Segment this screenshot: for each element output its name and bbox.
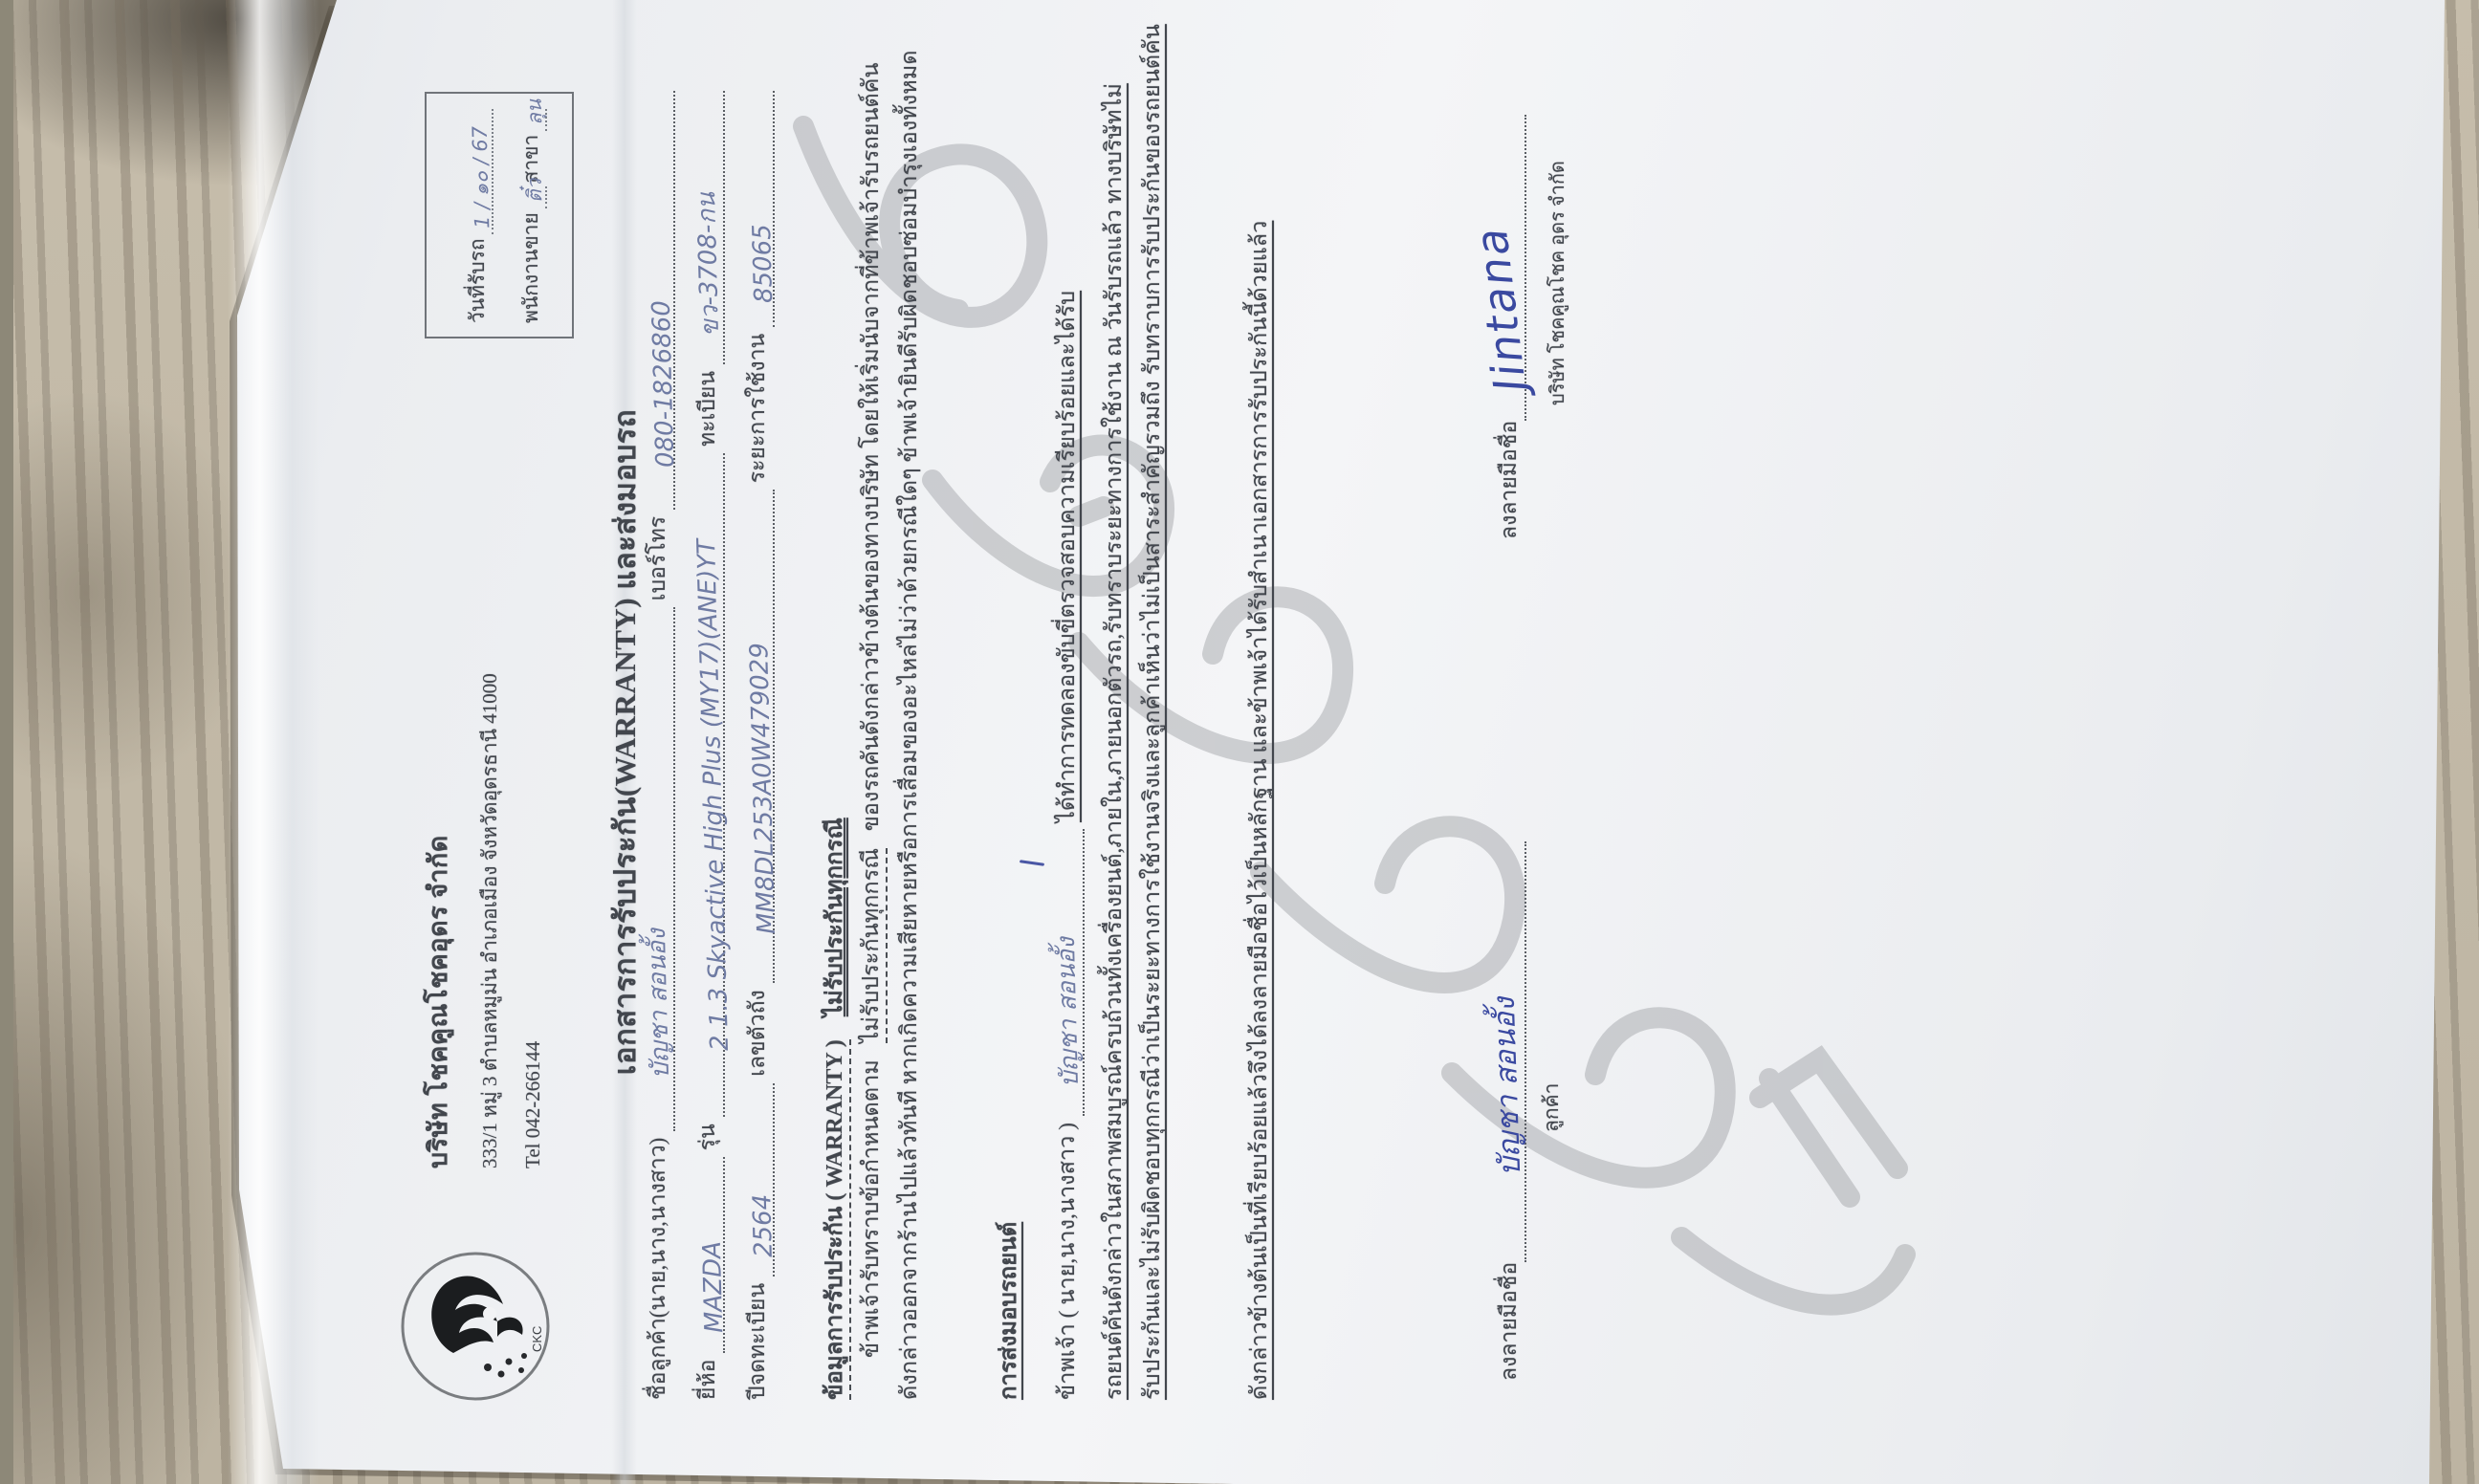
declarant-handwriting: บัญชา สอนอั้ง	[1046, 937, 1089, 1088]
vin-field: MM8DL253A0W479029	[773, 490, 775, 983]
customer-handwriting: บัญชา สอนอั้ง	[637, 928, 680, 1080]
phone-field: 080-1826860	[673, 91, 675, 510]
brand-label: ยี่ห้อ	[691, 1360, 725, 1400]
brand-field: MAZDA	[723, 1157, 725, 1352]
brand-handwriting: MAZDA	[698, 1241, 729, 1334]
ink-showthrough-watermark	[0, 0, 2479, 1484]
photo-of-warranty-document: { "photo": { "surface_base_color": "#c3b…	[0, 0, 2479, 1484]
company-signature-line: Jintana	[1525, 115, 1526, 421]
warranty-heading: ข้อมูลการรับประกัน ( WARRANTY ) ไม่รับปร…	[815, 818, 852, 1400]
receipt-date-field: 1 / ๑๐ / 67	[438, 109, 494, 234]
stray-pen-mark	[1020, 860, 1044, 866]
customer-field: บัญชา สอนอั้ง	[673, 607, 675, 1130]
receipt-date-handwriting: 1 / ๑๐ / 67	[465, 126, 499, 229]
handover-heading: การส่งมอบรถยนต์	[989, 1222, 1026, 1400]
warranty-heading-main: ข้อมูลการรับประกัน ( WARRANTY )	[823, 1039, 851, 1400]
form-row-customer: ชื่อลูกค้า(นาย,นาง,นางสาว) บัญชา สอนอั้ง…	[635, 84, 675, 1400]
declarant-label: ข้าพเจ้า ( นาย,นาง,นางสาว )	[1049, 1123, 1085, 1400]
company-name: บริษัท โชคคูณโชคอุดร จำกัด	[417, 673, 458, 1168]
warranty-paragraph-1: ข้าพเจ้ารับทราบข้อกำหนดตาม ไม่รับประกันท…	[853, 63, 888, 1400]
mileage-label: ระยะการใช้งาน	[740, 334, 775, 483]
company-phone: Tel 042-266144	[521, 673, 545, 1168]
handover-heading-text: การส่งมอบรถยนต์	[997, 1222, 1021, 1400]
handover-paragraph-1: รถยนต์คันดังกล่าวในสภาพสมบูรณ์ครบถ้วนทั้…	[1096, 83, 1131, 1400]
customer-signature-handwriting: บัญชา สอนอั้ง	[1480, 996, 1533, 1177]
handover-paragraph-2: รับประกันและไม่รับผิดชอบทุกกรณีว่าเป็นระ…	[1134, 24, 1170, 1400]
receipt-branch-field: ลุน	[492, 109, 547, 131]
handover-intro-tail: ได้ทำการทดลองขับขี่ตรวจสอบความเรียบร้อยแ…	[1049, 291, 1085, 822]
receipt-staff-handwriting: ติ๋ว	[519, 178, 552, 203]
year-label: ปีจดทะเบียน	[740, 1283, 775, 1400]
company-block: บริษัท โชคคูณโชคอุดร จำกัด 333/1 หมู่ 3 …	[417, 673, 545, 1168]
handover-intro-row: ข้าพเจ้า ( นาย,นาง,นางสาว ) บัญชา สอนอั้…	[1044, 84, 1085, 1400]
phone-label: เบอร์โทร	[641, 516, 675, 601]
phone-handwriting: 080-1826860	[647, 300, 681, 469]
plate-label: ทะเบียน	[691, 371, 725, 447]
receipt-box: วันที่รับรถ 1 / ๑๐ / 67 พนักงานขาย ติ๋ว …	[425, 92, 574, 338]
receipt-date-label: วันที่รับรถ	[462, 238, 494, 323]
declarant-field: บัญชา สอนอั้ง	[1083, 829, 1085, 1116]
plate-handwriting: ขว-3708-กน	[687, 192, 730, 338]
warranty-p1-a: ข้าพเจ้ารับทราบข้อกำหนดตาม	[859, 1059, 884, 1358]
receipt-branch-handwriting: ลุน	[519, 98, 552, 125]
document-page: CKC บริษัท โชคคูณโชคอุดร จำกัด 333/1 หมู…	[0, 0, 2479, 1484]
vin-label: เลขตัวถัง	[740, 990, 775, 1077]
receipt-branch-label: สาขา	[516, 135, 547, 184]
company-signature-label: ลงลายมือชื่อ	[1492, 421, 1526, 539]
customer-signature-label: ลงลายมือชื่อ	[1492, 1262, 1526, 1381]
company-signature-role: บริษัท โชคคูณโชค อุดร จำกัด	[1542, 161, 1572, 405]
warranty-heading-em: ไม่รับประกันทุกกรณี	[823, 818, 847, 1016]
model-field: 2 1.3 Skyactive High Plus (MY17)(ANE)YT	[723, 453, 725, 1117]
stamp-text: CKC	[530, 1326, 544, 1352]
warranty-p1-b: ของรถคันดังกล่าวข้างต้นของทางบริษัท โดยใ…	[859, 63, 884, 832]
company-address: 333/1 หมู่ 3 ตำบลหมูม่น อำเภอเมือง จังหว…	[474, 673, 506, 1168]
form-row-registration: ปีจดทะเบียน 2564 เลขตัวถัง MM8DL253A0W47…	[735, 84, 775, 1400]
company-signature-handwriting: Jintana	[1465, 224, 1537, 394]
form-row-vehicle: ยี่ห้อ MAZDA รุ่น 2 1.3 Skyactive High P…	[685, 84, 725, 1400]
plate-field: ขว-3708-กน	[723, 91, 725, 364]
receipt-staff-field: ติ๋ว	[492, 186, 547, 208]
receipt-staff-label: พนักงานขาย	[516, 212, 547, 323]
company-stamp-icon: CKC	[396, 1247, 555, 1406]
year-field: 2564	[773, 1083, 775, 1277]
handover-paragraph-3: ดังกล่าวข้างต้นเป็นที่เรียบร้อยแล้วจึงได…	[1241, 221, 1277, 1400]
customer-signature-line: บัญชา สอนอั้ง	[1525, 841, 1526, 1262]
warranty-paragraph-2: ดังกล่าวออกจากร้านไปแล้วทันที หากเกิดควา…	[891, 51, 927, 1400]
paper-fold-highlight	[228, 0, 319, 1484]
customer-signature-row: ลงลายมือชื่อ บัญชา สอนอั้ง	[1492, 807, 1526, 1381]
warranty-p1-em: ไม่รับประกันทุกกรณี	[859, 848, 888, 1043]
model-handwriting: 2 1.3 Skyactive High Plus (MY17)(ANE)YT	[692, 538, 735, 1051]
year-handwriting: 2564	[748, 1193, 779, 1257]
company-signature-row: ลงลายมือชื่อ Jintana	[1492, 90, 1526, 539]
mileage-field: 85065	[773, 91, 775, 327]
customer-label: ชื่อลูกค้า(นาย,นาง,นางสาว)	[641, 1138, 675, 1400]
mileage-handwriting: 85065	[748, 224, 779, 303]
vin-handwriting: MM8DL253A0W479029	[745, 642, 781, 934]
model-label: รุ่น	[691, 1124, 725, 1150]
customer-signature-role: ลูกค้า	[1536, 1083, 1568, 1132]
